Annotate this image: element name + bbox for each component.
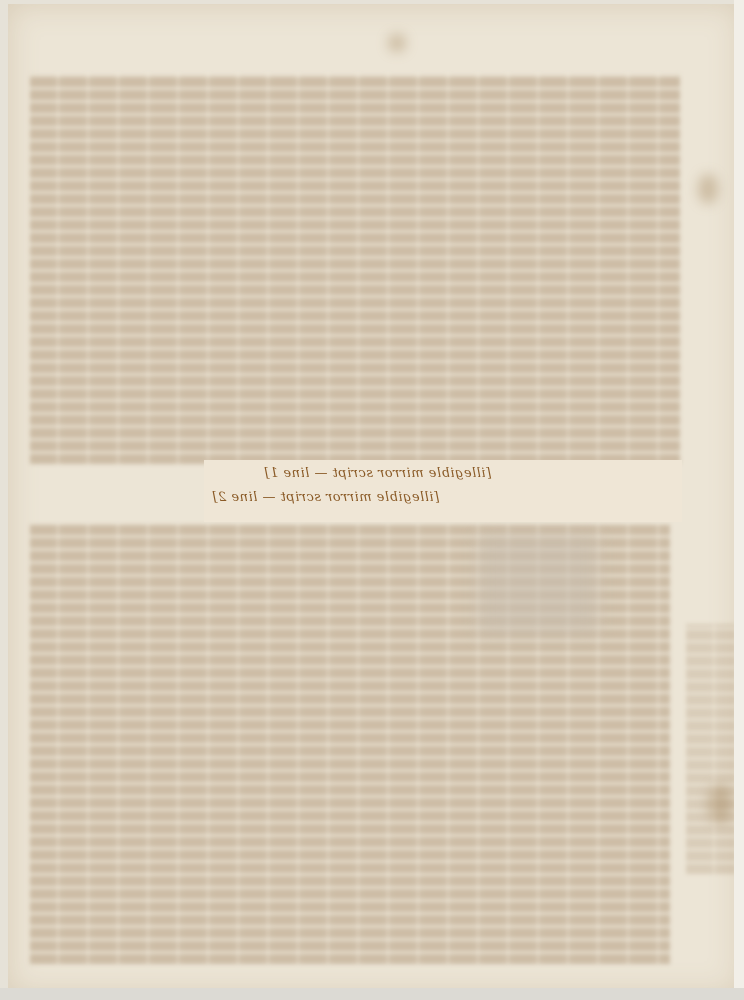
ink-stain	[708, 784, 732, 824]
faded-patch	[478, 534, 598, 634]
handwriting-line: [illegible mirror script — line 1]	[264, 466, 491, 481]
manuscript-page: [illegible mirror script — line 1] [ille…	[8, 4, 740, 994]
page-bottom-edge	[0, 988, 744, 1000]
legible-handwriting-strip: [illegible mirror script — line 1] [ille…	[204, 460, 682, 522]
ink-stain	[698, 174, 718, 204]
margin-notes	[686, 624, 736, 874]
handwriting-line: [illegible mirror script — line 2]	[212, 490, 439, 505]
blurred-text-block-upper	[30, 74, 680, 464]
page-edge	[734, 0, 744, 1000]
ink-stain	[388, 34, 406, 52]
